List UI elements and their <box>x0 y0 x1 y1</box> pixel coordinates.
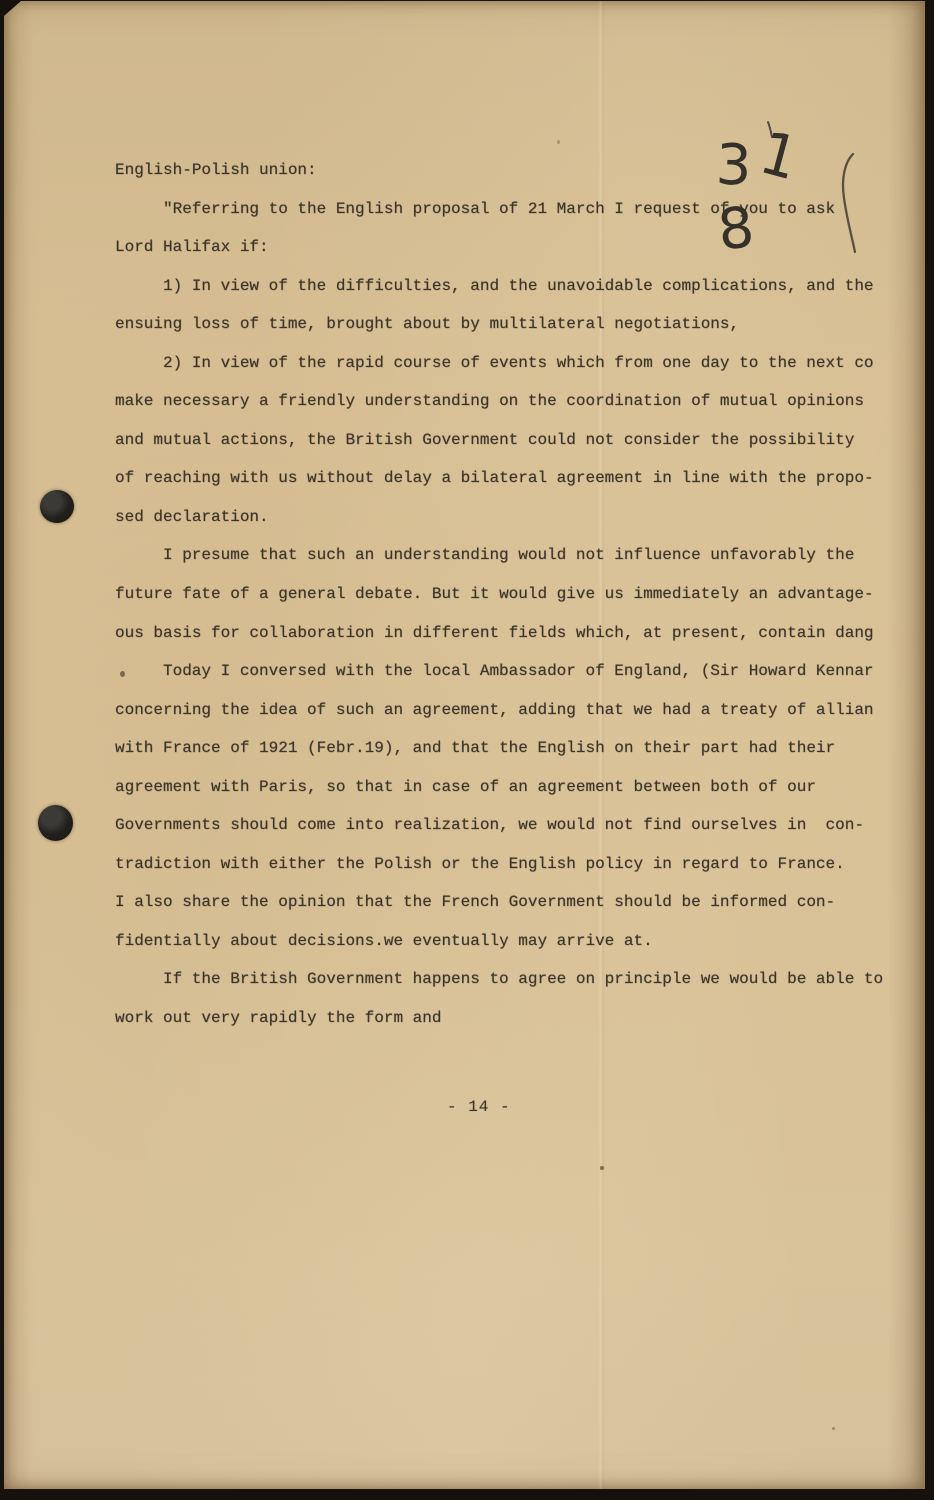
typed-line: and mutual actions, the British Governme… <box>115 430 915 469</box>
typed-line: work out very rapidly the form and <box>115 1008 915 1047</box>
ink-speck <box>557 140 560 144</box>
typed-line: ensuing loss of time, brought about by m… <box>115 314 915 353</box>
typed-line: Governments should come into realization… <box>115 815 915 854</box>
typed-line: I also share the opinion that the French… <box>115 892 915 931</box>
typed-line: of reaching with us without delay a bila… <box>115 468 915 507</box>
typed-line: If the British Government happens to agr… <box>115 969 915 1008</box>
typed-line: agreement with Paris, so that in case of… <box>115 777 915 816</box>
typed-line: future fate of a general debate. But it … <box>115 584 915 623</box>
typed-line: Lord Halifax if: <box>115 237 915 276</box>
ink-speck <box>600 1166 604 1170</box>
typed-line: I presume that such an understanding wou… <box>115 545 915 584</box>
hole-punch <box>38 805 73 841</box>
typed-line: "Referring to the English proposal of 21… <box>115 199 915 238</box>
typed-text-block: English-Polish union:"Referring to the E… <box>115 160 915 1047</box>
paper-sheet: 318 English-Polish union:"Referring to t… <box>4 1 925 1489</box>
typed-line: sed declaration. <box>115 507 915 546</box>
typed-line: with France of 1921 (Febr.19), and that … <box>115 738 915 777</box>
typed-line: concerning the idea of such an agreement… <box>115 700 915 739</box>
typed-line: fidentially about decisions.we eventuall… <box>115 931 915 970</box>
typed-line: tradiction with either the Polish or the… <box>115 854 915 893</box>
typed-line: Today I conversed with the local Ambassa… <box>115 661 915 700</box>
typed-line: 2) In view of the rapid course of events… <box>115 353 915 392</box>
ink-speck <box>120 671 125 677</box>
typed-line: ous basis for collaboration in different… <box>115 623 915 662</box>
typed-line: make necessary a friendly understanding … <box>115 391 915 430</box>
ink-speck <box>832 1427 835 1430</box>
typed-line: 1) In view of the difficulties, and the … <box>115 276 915 315</box>
page-number: - 14 - <box>447 1098 511 1116</box>
scanned-document-page: 318 English-Polish union:"Referring to t… <box>0 0 934 1500</box>
typed-line: English-Polish union: <box>115 160 915 199</box>
